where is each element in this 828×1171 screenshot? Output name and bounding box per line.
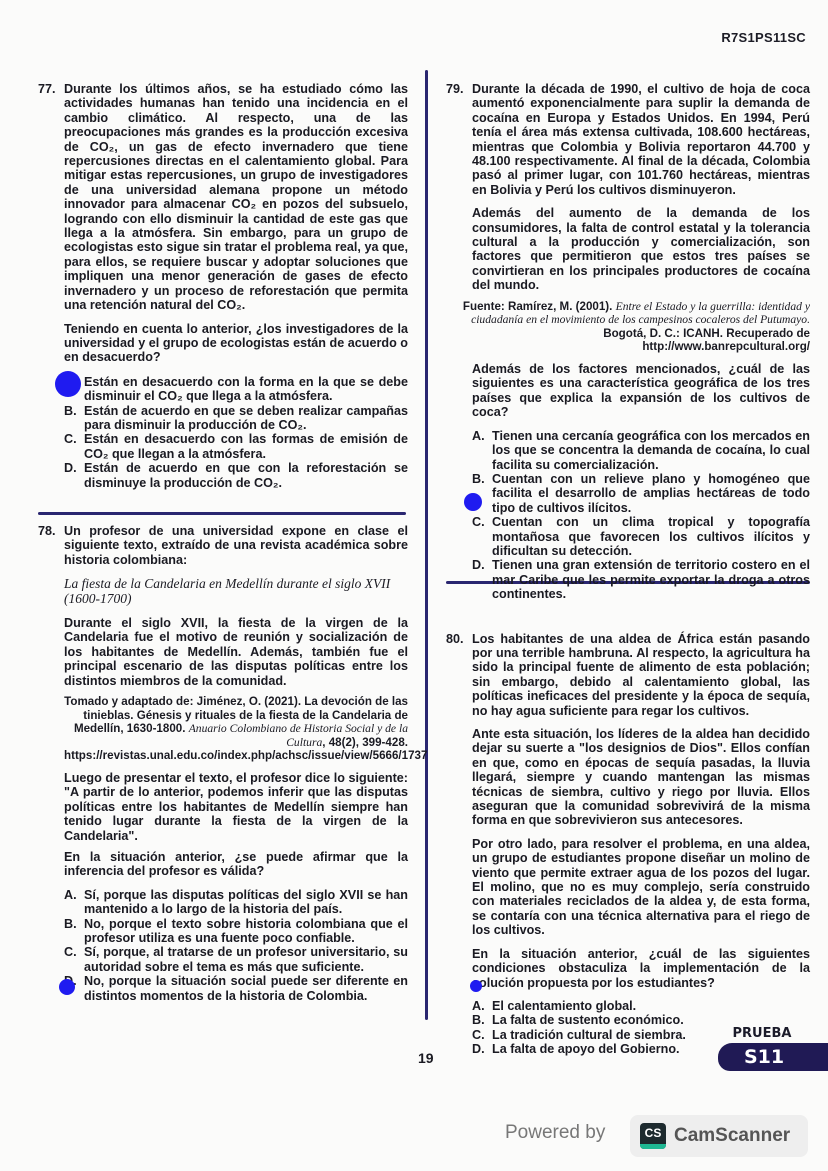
option-letter: C. [64,432,77,446]
option-letter: C. [64,945,77,959]
question-78-prompt: En la situación anterior, ¿se puede afir… [64,850,408,879]
option-b[interactable]: B.Cuentan con un relieve plano y homogén… [472,472,810,515]
option-letter: D. [472,1042,485,1056]
option-text: No, porque la situación social puede ser… [84,974,408,1002]
option-letter: C. [472,1028,485,1042]
page-number: 19 [418,1050,434,1066]
option-letter: B. [472,1013,485,1027]
option-letter: B. [472,472,485,486]
question-80-context: Los habitantes de una aldea de África es… [472,632,810,718]
question-78-intro: Un profesor de una universidad expone en… [64,524,408,567]
option-a[interactable]: A.Están en desacuerdo con la forma en la… [64,375,408,404]
question-78-statement: Luego de presentar el texto, el profesor… [64,771,408,843]
citation-source[interactable]: Bogotá, D. C.: ICANH. Recuperado de http… [603,327,810,354]
option-d[interactable]: D.Están de acuerdo en que con la refores… [64,461,408,490]
option-letter: C. [472,515,485,529]
option-text: Tienen una cercanía geográfica con los m… [492,429,810,472]
question-77-options: A.Están en desacuerdo con la forma en la… [64,375,408,490]
option-text: Están de acuerdo en que con la reforesta… [84,461,408,489]
question-80-prompt: En la situación anterior, ¿cuál de las s… [472,947,810,990]
answer-mark-q77-a [55,371,81,397]
answer-mark-q79-c [464,493,482,511]
citation: Fuente: Ramírez, M. (2001). Entre el Est… [446,300,810,354]
option-letter: B. [64,917,77,931]
option-text: La falta de apoyo del Gobierno. [492,1042,680,1056]
question-77-context: Durante los últimos años, se ha estudiad… [64,82,408,313]
question-80: 80. Los habitantes de una aldea de Áfric… [446,632,810,1057]
option-a[interactable]: A.Sí, porque las disputas políticas del … [64,888,408,917]
option-a[interactable]: A.El calentamiento global. [472,999,810,1013]
option-b[interactable]: B.Están de acuerdo en que se deben reali… [64,404,408,433]
prueba-code: S11 [718,1043,828,1071]
option-text: El calentamiento global. [492,999,636,1013]
question-79: 79. Durante la década de 1990, el cultiv… [446,82,810,602]
option-letter: A. [64,888,77,902]
prueba-tag: PRUEBA S11 [718,1026,810,1071]
option-letter: D. [472,558,485,572]
column-divider [425,70,428,1020]
camscanner-brand: CamScanner [674,1125,790,1147]
option-text: Sí, porque, al tratarse de un profesor u… [84,945,408,973]
option-text: No, porque el texto sobre historia colom… [84,917,408,945]
powered-by-text: Powered by [505,1122,605,1144]
citation: Tomado y adaptado de: Jiménez, O. (2021)… [64,695,408,763]
citation-volume: , 48(2), 399-428. [322,736,408,749]
question-80-context-3: Por otro lado, para resolver el problema… [472,837,810,938]
option-d[interactable]: D.No, porque la situación social puede s… [64,974,408,1003]
question-77-prompt: Teniendo en cuenta lo anterior, ¿los inv… [64,322,408,365]
option-text: Están de acuerdo en que se deben realiza… [84,404,408,432]
option-d[interactable]: D.Tienen una gran extensión de territori… [472,558,810,601]
option-a[interactable]: A.Tienen una cercanía geográfica con los… [472,429,810,472]
option-text: Cuentan con un relieve plano y homogéneo… [492,472,810,515]
question-number: 79. [446,82,464,96]
question-number: 78. [38,524,56,538]
question-77: 77. Durante los últimos años, se ha estu… [38,82,408,490]
option-text: La tradición cultural de siembra. [492,1028,686,1042]
option-text: La falta de sustento económico. [492,1013,684,1027]
prueba-label: PRUEBA [718,1026,806,1041]
article-body: Durante el siglo XVII, la fiesta de la v… [64,616,408,688]
option-text: Tienen una gran extensión de territorio … [492,558,810,601]
question-number: 77. [38,82,56,96]
question-79-context: Durante la década de 1990, el cultivo de… [472,82,810,197]
question-79-context-2: Además del aumento de la demanda de los … [472,206,810,292]
option-letter: A. [472,999,485,1013]
option-letter: B. [64,404,77,418]
camscanner-badge[interactable]: CS CamScanner [630,1115,808,1157]
citation-text: Fuente: Ramírez, M. (2001). [463,300,616,313]
question-78: 78. Un profesor de una universidad expon… [38,524,408,1003]
article-title: La fiesta de la Candelaria en Medellín d… [64,577,408,606]
option-text: Cuentan con un clima tropical y topograf… [492,515,810,558]
option-b[interactable]: B.No, porque el texto sobre historia col… [64,917,408,946]
question-78-options: A.Sí, porque las disputas políticas del … [64,888,408,1003]
left-column: 77. Durante los últimos años, se ha estu… [38,82,408,1003]
option-letter: D. [64,461,77,475]
answer-mark-q78-d [59,979,75,995]
option-c[interactable]: C.Sí, porque, al tratarse de un profesor… [64,945,408,974]
question-79-prompt: Además de los factores mencionados, ¿cuá… [472,362,810,420]
right-column: 79. Durante la década de 1990, el cultiv… [446,82,810,1057]
question-79-options: A.Tienen una cercanía geográfica con los… [472,429,810,602]
option-text: Están en desacuerdo con las formas de em… [84,432,408,460]
question-number: 80. [446,632,464,646]
option-c[interactable]: C.Cuentan con un clima tropical y topogr… [472,515,810,558]
option-text: Sí, porque las disputas políticas del si… [84,888,408,916]
option-letter: A. [472,429,485,443]
camscanner-logo-icon: CS [640,1123,666,1149]
answer-mark-q80-c [470,980,482,992]
exam-code: R7S1PS11SC [721,30,806,45]
option-c[interactable]: C.Están en desacuerdo con las formas de … [64,432,408,461]
citation-url[interactable]: https://revistas.unal.edu.co/index.php/a… [64,749,427,762]
question-80-context-2: Ante esta situación, los líderes de la a… [472,727,810,828]
option-text: Están en desacuerdo con la forma en la q… [84,375,408,403]
